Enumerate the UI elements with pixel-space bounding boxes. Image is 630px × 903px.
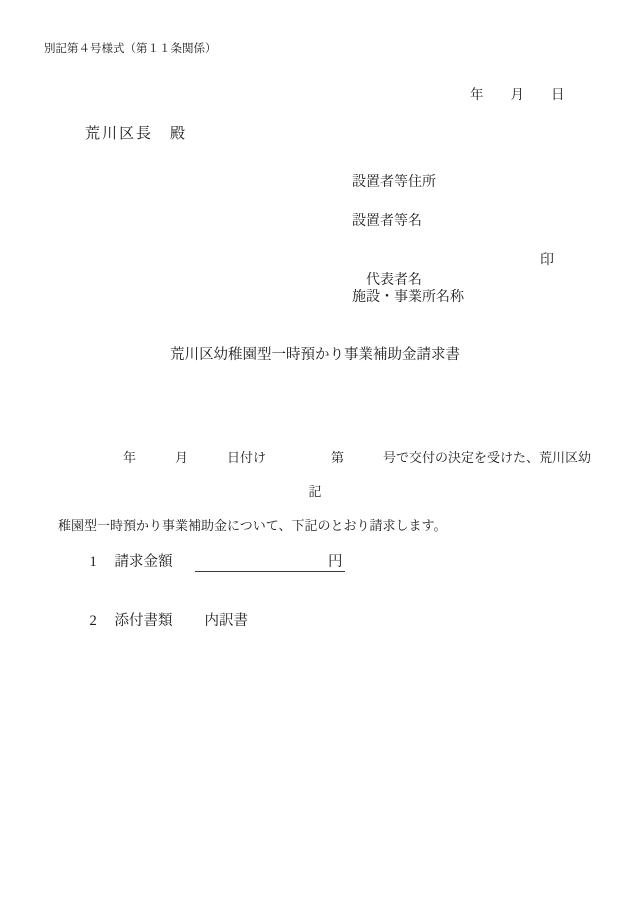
item-2-label: 添付書類: [115, 613, 173, 629]
item-1-label: 請求金額: [115, 554, 173, 570]
item-1-number: 1: [90, 554, 115, 572]
record-heading: 記: [0, 483, 630, 500]
item-attached-documents: 2添付書類内訳書: [75, 595, 248, 648]
item-2-number: 2: [90, 613, 115, 631]
form-id-line: 別記第４号様式（第１１条関係）: [44, 41, 217, 57]
representative-label: 代表者名: [366, 273, 422, 288]
field-installer-address: 設置者等住所: [352, 173, 612, 193]
item-claim-amount: 1請求金額円: [75, 536, 345, 590]
field-facility-name: 施設・事業所名称: [352, 288, 612, 308]
claim-amount-blank-line: 円: [195, 554, 345, 573]
date-line: 年 月 日: [470, 86, 565, 104]
addressee-line: 荒川区長 殿: [85, 124, 187, 144]
document-page: 別記第４号様式（第１１条関係） 年 月 日 荒川区長 殿 設置者等住所 設置者等…: [0, 0, 630, 903]
seal-mark: 印: [540, 251, 554, 271]
body-paragraph-line-2: 稚園型一時預かり事業補助金について、下記のとおり請求します。: [58, 515, 618, 538]
body-paragraph-line-1: 年 月 日付け 第 号で交付の決定を受けた、荒川区幼: [58, 447, 618, 470]
document-title: 荒川区幼稚園型一時預かり事業補助金請求書: [0, 346, 630, 365]
yen-unit-label: 円: [328, 554, 343, 570]
attached-document-value: 内訳書: [205, 613, 249, 629]
field-installer-name: 設置者等名: [352, 212, 612, 232]
